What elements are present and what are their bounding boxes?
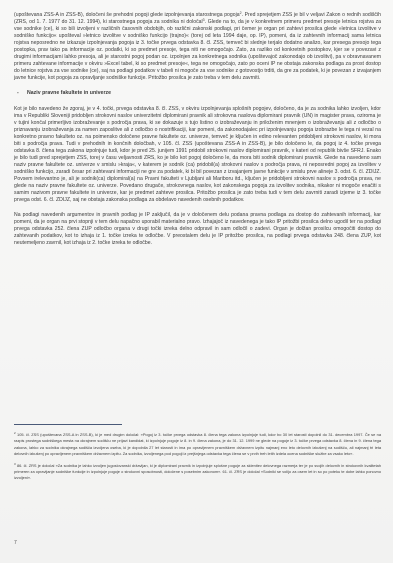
paragraph-law-faculty: Kot je bilo navedeno že zgoraj, je v 4. … — [14, 106, 381, 205]
footnote-text: 105. čl. ZSS (upoštevana ZSS-A in ZSS-B)… — [14, 432, 381, 456]
paragraph-age-condition: (upoštevana ZSS-A in ZSS-B), določeni še… — [14, 12, 381, 82]
document-page: (upoštevana ZSS-A in ZSS-B), določeni še… — [0, 0, 393, 563]
footnote-mark: 3 — [14, 462, 16, 466]
paragraph-conclusion: Na podlagi navedenih argumentov in pravn… — [14, 212, 381, 247]
footnote-text: 86. čl. ZRS je določal »Za sodnika je la… — [14, 463, 381, 481]
body-text: (upoštevana ZSS-A in ZSS-B), določeni še… — [14, 12, 381, 255]
bullet-dash: - — [17, 90, 27, 97]
section-heading: - Naziv pravne fakultete in univerze — [14, 90, 381, 97]
footnote-3: 3 86. čl. ZRS je določal »Za sodnika je … — [14, 463, 381, 482]
footnote-mark: 2 — [14, 431, 16, 435]
footnote-divider — [14, 424, 122, 425]
section-heading-text: Naziv pravne fakultete in univerze — [27, 90, 111, 97]
page-number: 7 — [14, 540, 17, 546]
footnote-2: 2 105. čl. ZSS (upoštevana ZSS-A in ZSS-… — [14, 432, 381, 458]
footnotes: 2 105. čl. ZSS (upoštevana ZSS-A in ZSS-… — [14, 432, 381, 487]
